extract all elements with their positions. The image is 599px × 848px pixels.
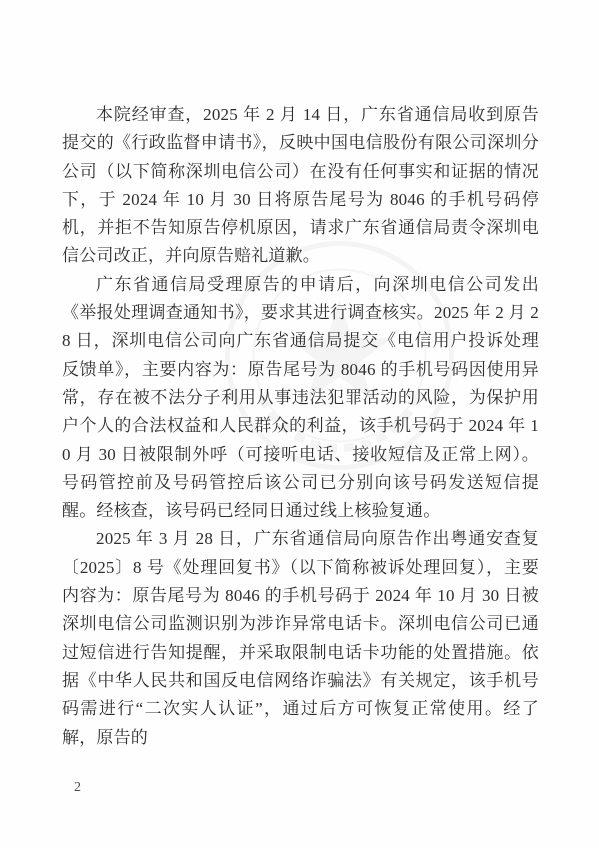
paragraph-3: 2025 年 3 月 28 日，广东省通信局向原告作出粤通安查复〔2025〕8 … (62, 525, 539, 751)
document-body: 本院经审查，2025 年 2 月 14 日，广东省通信局收到原告提交的《行政监督… (62, 101, 539, 752)
document-page: 本院经审查，2025 年 2 月 14 日，广东省通信局收到原告提交的《行政监督… (0, 0, 599, 848)
page-number: 2 (74, 780, 81, 796)
paragraph-2: 广东省通信局受理原告的申请后，向深圳电信公司发出《举报处理调查通知书》，要求其进… (62, 271, 539, 526)
paragraph-1: 本院经审查，2025 年 2 月 14 日，广东省通信局收到原告提交的《行政监督… (62, 101, 539, 271)
